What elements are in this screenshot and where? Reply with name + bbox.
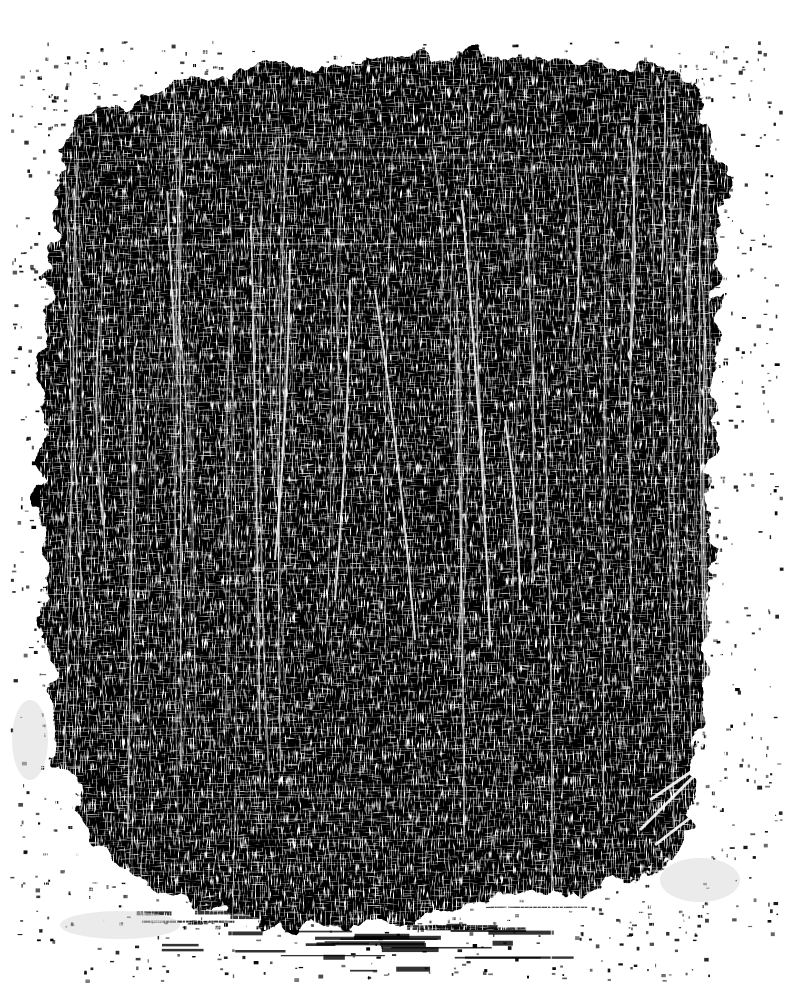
charcoal-scribble-rectangle (0, 0, 800, 1000)
grunge-texture-canvas (0, 0, 800, 1000)
